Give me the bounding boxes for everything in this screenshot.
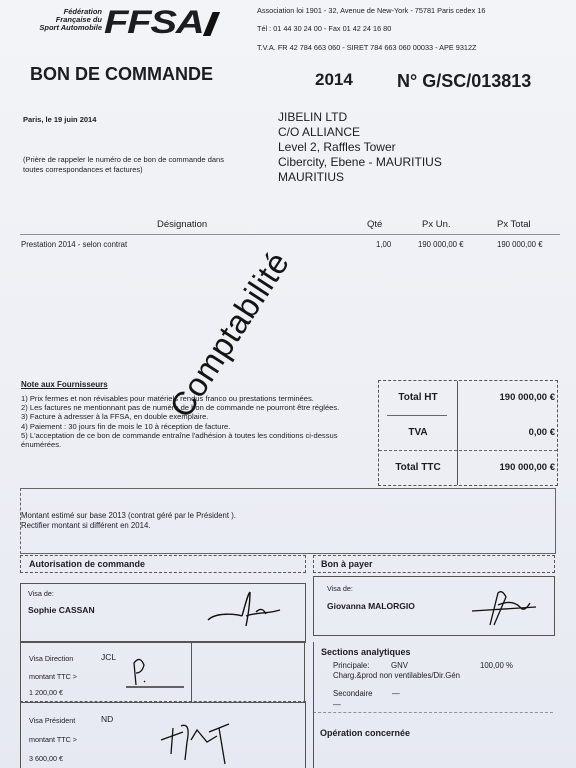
direction-blank-box bbox=[190, 641, 305, 703]
direction-threshold: 1 200,00 € bbox=[29, 688, 63, 697]
totals-separator bbox=[379, 450, 557, 451]
supplier-notes-title: Note aux Fournisseurs bbox=[21, 380, 108, 389]
row-unit-price: 190 000,00 € bbox=[418, 240, 464, 249]
direction-threshold-label: montant TTC > bbox=[29, 672, 77, 681]
analytics-box: Sections analytiques Principale: GNV 100… bbox=[313, 642, 564, 712]
ffsa-logo: FFSA bbox=[104, 5, 215, 39]
payment-visa-box: Visa de: Giovanna MALORGIO bbox=[313, 576, 555, 636]
tva-label: TVA bbox=[379, 427, 457, 438]
org-address: Association loi 1901 - 32, Avenue de New… bbox=[257, 6, 485, 15]
org-name-line: Sport Automobile bbox=[20, 24, 102, 32]
president-threshold-label: montant TTC > bbox=[29, 735, 77, 744]
document-date: Paris, le 19 juin 2014 bbox=[23, 115, 96, 124]
president-visa-label: Visa Président bbox=[29, 716, 75, 725]
direction-visa-label: Visa Direction bbox=[29, 654, 73, 663]
supplier-note: 5) L'acceptation de ce bon de commande e… bbox=[21, 431, 361, 449]
totals-separator bbox=[387, 415, 447, 416]
analytics-title: Sections analytiques bbox=[321, 647, 411, 657]
total-ht-label: Total HT bbox=[379, 392, 457, 403]
totals-box: Total HT 190 000,00 € TVA 0,00 € Total T… bbox=[378, 380, 558, 486]
col-header-unit-price: Px Un. bbox=[422, 219, 451, 230]
recipient-line: Cibercity, Ebene - MAURITIUS bbox=[278, 155, 442, 170]
recipient-line: MAURITIUS bbox=[278, 170, 442, 185]
table-header-divider bbox=[20, 234, 560, 235]
row-designation: Prestation 2014 - selon contrat bbox=[21, 240, 127, 249]
president-visa-box: Visa Président ND montant TTC > 3 600,00… bbox=[20, 701, 306, 768]
total-ht-value: 190 000,00 € bbox=[500, 392, 555, 403]
reference-note: (Prière de rappeler le numéro de ce bon … bbox=[23, 155, 228, 174]
authorization-title: Autorisation de commande bbox=[29, 559, 145, 569]
operation-title: Opération concernée bbox=[320, 728, 410, 738]
recipient-address: JIBELIN LTD C/O ALLIANCE Level 2, Raffle… bbox=[278, 110, 442, 185]
authorization-visa-label: Visa de: bbox=[28, 589, 54, 598]
col-header-total-price: Px Total bbox=[497, 219, 531, 230]
direction-initials: JCL bbox=[101, 652, 116, 662]
document-title: BON DE COMMANDE bbox=[30, 64, 213, 85]
analytics-primary-percent: 100,00 % bbox=[480, 661, 513, 670]
analytics-secondary-value: — bbox=[392, 689, 400, 698]
remarks-line: Montant estimé sur base 2013 (contrat gé… bbox=[21, 511, 236, 521]
remarks-line: Rectifier montant si différent en 2014. bbox=[21, 521, 236, 531]
direction-visa-box: Visa Direction JCL montant TTC > 1 200,0… bbox=[20, 641, 192, 703]
signature-jcl bbox=[126, 657, 196, 697]
authorization-visa-box: Visa de: Sophie CASSAN bbox=[20, 583, 306, 643]
payment-signer: Giovanna MALORGIO bbox=[327, 601, 415, 611]
president-threshold: 3 600,00 € bbox=[29, 754, 63, 763]
remarks-box: Montant estimé sur base 2013 (contrat gé… bbox=[20, 488, 556, 554]
payment-visa-label: Visa de: bbox=[327, 584, 353, 593]
signature-nd bbox=[161, 720, 241, 768]
total-ttc-value: 190 000,00 € bbox=[500, 462, 555, 473]
operation-box: Opération concernée bbox=[313, 712, 314, 768]
payment-title: Bon à payer bbox=[321, 559, 373, 569]
authorization-header: Autorisation de commande bbox=[20, 555, 306, 573]
payment-header: Bon à payer bbox=[313, 555, 555, 573]
signature-cassan bbox=[206, 592, 296, 632]
analytics-secondary-extra: — bbox=[333, 700, 341, 709]
logo-slash-icon bbox=[202, 12, 219, 36]
row-qty: 1,00 bbox=[376, 240, 391, 249]
analytics-divider bbox=[313, 712, 553, 713]
org-registration: T.V.A. FR 42 784 663 060 - SIRET 784 663… bbox=[257, 43, 476, 52]
analytics-secondary-label: Secondaire bbox=[333, 689, 372, 698]
org-phone-fax: Tél : 01 44 30 24 00 - Fax 01 42 24 16 8… bbox=[257, 24, 391, 33]
logo-text: FFSA bbox=[104, 4, 203, 40]
document-number: N° G/SC/013813 bbox=[397, 71, 531, 92]
analytics-primary-label: Principale: bbox=[333, 661, 369, 670]
document-year: 2014 bbox=[315, 70, 353, 90]
tva-value: 0,00 € bbox=[529, 427, 555, 438]
row-total-price: 190 000,00 € bbox=[497, 240, 543, 249]
org-full-name: Fédération Française du Sport Automobile bbox=[20, 8, 102, 32]
analytics-primary-desc: Charg.&prod non ventilables/Dir.Gén bbox=[333, 671, 460, 680]
president-initials: ND bbox=[101, 714, 113, 724]
col-header-qty: Qté bbox=[367, 219, 382, 230]
total-ttc-label: Total TTC bbox=[379, 462, 457, 473]
authorization-signer: Sophie CASSAN bbox=[28, 605, 95, 615]
signature-malorgio bbox=[472, 589, 542, 629]
analytics-primary-code: GNV bbox=[391, 661, 408, 670]
recipient-line: Level 2, Raffles Tower bbox=[278, 140, 442, 155]
totals-divider bbox=[457, 381, 458, 485]
remarks-text: Montant estimé sur base 2013 (contrat gé… bbox=[21, 511, 236, 531]
recipient-line: JIBELIN LTD bbox=[278, 110, 442, 125]
recipient-line: C/O ALLIANCE bbox=[278, 125, 442, 140]
col-header-designation: Désignation bbox=[157, 219, 207, 230]
